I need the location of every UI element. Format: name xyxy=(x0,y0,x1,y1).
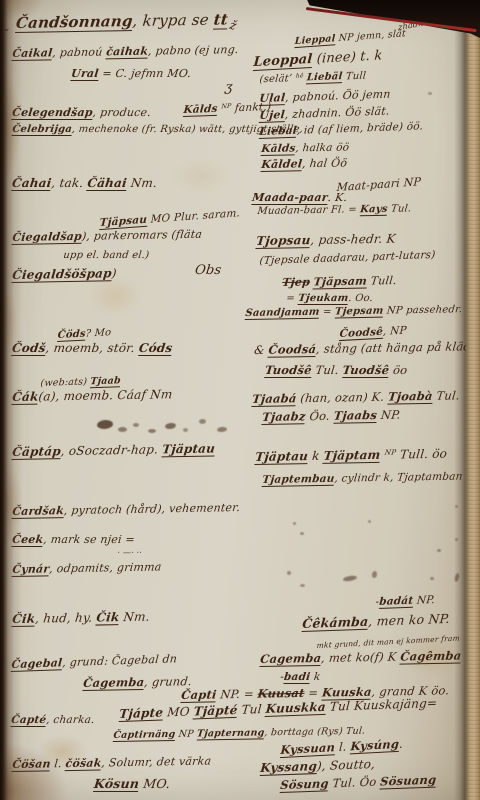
gloss-text: , pass-hedr. K xyxy=(310,232,397,248)
gloss-text: l. xyxy=(335,739,351,754)
gloss-text: ž xyxy=(228,18,239,33)
headword-text: Tjaabz xyxy=(261,409,306,425)
entry-line: Kālds, halka öö xyxy=(261,141,350,155)
headword-text: Čelegendšap xyxy=(11,106,93,120)
entry-line: Leoppal (inee) t. k xyxy=(253,48,383,70)
stray-glyph: ž xyxy=(228,18,239,33)
headword-text: čaihak xyxy=(105,45,148,60)
gloss-text: upp el. band el.) xyxy=(63,250,150,261)
headword-text: Tjaptembau xyxy=(262,473,336,487)
entry-line: Čêkámba, men ko NP. xyxy=(302,611,451,631)
entry-line: Čardšak, pyratoch (hård), vehementer. xyxy=(12,501,241,518)
ink-mark xyxy=(183,428,188,432)
headword-text: Liebäl xyxy=(306,71,343,84)
entry-line: Čeek, mark se njei = xyxy=(11,533,135,546)
entry-line: Čiegaldšap), parkeromars (fläta xyxy=(12,228,203,244)
entry-line: (selät’ hê Liebäl Tull xyxy=(259,70,367,85)
entry-line: Muadan-baar Fl. = Kays Tul. xyxy=(257,203,412,217)
gloss-text: öo xyxy=(388,363,408,377)
manuscript-photo: „Čandšonnang, krypa se ttžʒČaikal, pabno… xyxy=(0,0,480,800)
entry-line: Ulal, pabnoú. Öö jemn xyxy=(259,87,391,105)
gloss-text: , pyratoch (hård), vehementer. xyxy=(63,501,241,517)
gloss-text: NP xyxy=(175,729,198,740)
entry-line: Tjaabz Öo. Tjaabs NP. xyxy=(262,408,402,424)
entry-line: Maat-paari NP xyxy=(336,175,421,194)
gloss-text: , produce. xyxy=(92,106,152,119)
gloss-text: Tul. Öo xyxy=(328,775,381,791)
gloss-text: Öo. xyxy=(305,409,335,424)
gloss-text: MO. xyxy=(138,776,171,791)
ink-mark xyxy=(97,419,114,429)
headword-text: Čähai xyxy=(86,176,127,191)
headword-text: Tjaabs xyxy=(333,408,378,424)
ink-mark xyxy=(300,532,304,535)
gloss-text: = xyxy=(319,306,335,317)
ink-mark xyxy=(148,429,156,433)
gloss-text: , pabnoú xyxy=(52,45,107,59)
gloss-text: , odpamits, grimma xyxy=(49,560,162,575)
entry-line: Tuodšê Tul. Tuodšê öo xyxy=(264,363,408,377)
gloss-text: Tull. xyxy=(366,274,397,288)
gloss-text: Tul Kuuskajäng= xyxy=(325,696,438,714)
entry-line: Čodš, moemb, stör. Códs xyxy=(11,341,173,355)
headword-text: Kyssuan xyxy=(280,740,336,758)
ink-mark xyxy=(199,419,206,424)
gloss-text: , moemb, stör. xyxy=(45,341,140,355)
entry-line: Čoodsê, NP xyxy=(339,324,407,340)
headword-text: Čiegaldšöšpap xyxy=(11,266,112,283)
entry-line: Čapté, charka. xyxy=(11,714,96,726)
headword-text: Kyssang xyxy=(260,759,318,776)
book-gutter-left xyxy=(0,0,22,800)
ink-mark xyxy=(300,584,305,587)
gloss-text: Nm. xyxy=(126,176,158,190)
headword-text: Kuuskka xyxy=(265,700,326,717)
entry-line: Tjopsau, pass-hedr. K xyxy=(256,232,397,248)
headword-text: Lieppal xyxy=(294,33,335,48)
gloss-text: , pabnoú. Öö jemn xyxy=(285,87,391,104)
headword-text: Kālds xyxy=(261,142,297,156)
gloss-text: (web:ats) xyxy=(40,376,91,389)
gloss-text: NP. = xyxy=(216,687,259,702)
gloss-text: = xyxy=(304,686,323,700)
entry-line: Cagemba, met ko(f) K Čagêmba Tul. xyxy=(260,648,480,666)
gloss-text: Tul. xyxy=(387,203,412,214)
gloss-text: , mark se njei = xyxy=(43,533,136,546)
gloss-text: , cylindr k, Tjaptamban xyxy=(334,470,467,484)
stray-glyph: ʒ xyxy=(224,80,233,95)
gloss-text: Kuusat xyxy=(257,686,305,701)
gloss-text: ) xyxy=(111,266,117,280)
headword-text: badi xyxy=(283,671,311,684)
entry-line: Tjep Tjäpsam Tull. xyxy=(282,274,398,289)
entry-line: Tjaptembau, cylindr k, Tjaptamban öo Tu xyxy=(262,470,480,486)
entry-line: Čelebrijga, mechenoke (fr. Ryska) wätt, … xyxy=(12,124,304,135)
ink-mark xyxy=(287,571,291,575)
gloss-text: Tull xyxy=(342,71,367,83)
entry-line: Čöds? Mo xyxy=(57,327,111,341)
ink-mark xyxy=(428,92,432,95)
entry-line: Čiegaldšöšpap) xyxy=(12,266,118,282)
entry-line: Ujel, zhadnin. Öö slät. xyxy=(259,104,390,122)
headword-text: Ural xyxy=(70,67,99,81)
headword-text: Tuodšê xyxy=(264,363,312,378)
gloss-text: , tak. xyxy=(51,176,89,190)
entry-line: Saandjamam = Tjepsam NP passehedr. xyxy=(245,304,463,319)
gloss-text: (inee) t. k xyxy=(312,48,383,67)
headword-text: Čapti xyxy=(180,687,217,703)
book-page-edges-right xyxy=(454,0,480,800)
headword-text: Códs xyxy=(138,341,173,356)
gloss-text: NP jemn, slät xyxy=(335,28,406,44)
ink-mark xyxy=(437,549,441,552)
gloss-text: Maat-paari NP xyxy=(336,175,421,194)
gloss-text: , Solumr, det värka xyxy=(101,755,212,770)
headword-text: Čêkámba xyxy=(302,614,370,632)
entry-line: Kālds NP fankt,) xyxy=(183,101,272,116)
entry-line: Čahai, tak. Čähai Nm. xyxy=(11,176,158,190)
headword-text: Sösung xyxy=(280,776,330,793)
stray-glyph: · —· ·· xyxy=(117,548,143,557)
headword-text: Tjoabà xyxy=(387,389,433,405)
gloss-text: (selät’ xyxy=(259,73,296,85)
gloss-text: k xyxy=(310,671,322,683)
headword-text: badát xyxy=(379,595,414,609)
interlinear-note: mkt grund, dit man ej kommer fram xyxy=(316,633,460,650)
gloss-text: , met ko(f) K xyxy=(321,650,402,665)
gloss-text: Muadan-baar Fl. = xyxy=(257,204,361,217)
gloss-text: . Oo. xyxy=(348,293,374,304)
gloss-text: Tull. öo xyxy=(395,447,448,462)
headword-text: Tjapternang xyxy=(196,727,265,740)
ink-mark xyxy=(430,577,434,580)
headword-text: Čik xyxy=(96,610,121,625)
gloss-text: , mechenoke (fr. Ryska) wätt, gyttjigt s… xyxy=(71,124,303,135)
gloss-text: · —· ·· xyxy=(117,548,143,557)
entry-line: Maada-paar. K. xyxy=(251,191,348,204)
headword-text: Tjepsam xyxy=(334,306,384,319)
gloss-text: Obs xyxy=(194,263,222,278)
entry-line: & Čoodsá, stång (att hänga på klädes) xyxy=(254,339,480,357)
entry-line: Kyssang), Soutto, xyxy=(260,757,376,775)
headword-text: Tjaab xyxy=(90,375,122,388)
entry-line: Čynár, odpamits, grimma xyxy=(12,560,163,576)
gloss-text: NP. xyxy=(376,408,401,422)
gloss-text: , grund: Čagebal dn xyxy=(62,652,178,669)
headword-text: Kāldel xyxy=(261,157,303,172)
headword-text: Kālds xyxy=(183,103,218,117)
headword-text: Tjopsau xyxy=(255,233,311,249)
entry-line: Kāldel, hal Öö xyxy=(261,157,348,172)
gloss-text: , hal Öö xyxy=(302,157,348,171)
ink-mark xyxy=(293,522,296,525)
gloss-text: (han, ozan) K. xyxy=(296,390,389,406)
gloss-text: Tul xyxy=(237,702,266,717)
entry-line: -badi k xyxy=(280,671,322,683)
gloss-text: , zhadnin. Öö slät. xyxy=(284,104,390,121)
headword-text: Čagêmba xyxy=(400,648,463,664)
headword-text: Saandjamam xyxy=(245,307,320,320)
entry-line: (web:ats) Tjaab xyxy=(40,375,121,389)
headword-text: Tjaabá xyxy=(251,391,297,407)
gloss-text: , grund. xyxy=(144,674,193,689)
gloss-text: MO Plur. saram. xyxy=(147,207,241,226)
entry-line: Kösun MO. xyxy=(93,776,171,791)
gloss-text: . K. xyxy=(327,191,348,204)
headword-text: Leoppal xyxy=(253,52,313,71)
headword-text: Tjäpté xyxy=(193,703,238,720)
ink-mark xyxy=(165,422,177,429)
headword-text: Čoodsá xyxy=(268,342,317,358)
gloss-text: mkt grund, dit man ej kommer fram xyxy=(316,633,460,650)
headword-text: Tjäpsam xyxy=(313,275,368,290)
headword-text: tt xyxy=(213,10,229,29)
gloss-text: = C. jefmn MO. xyxy=(98,67,192,80)
entry-headword: Čandšonnang, krypa se tt xyxy=(15,10,229,32)
headword-text: Tjeukam xyxy=(297,293,349,305)
headword-text: Kays xyxy=(359,204,388,217)
gloss-text: fankt,) xyxy=(231,101,272,114)
ink-mark xyxy=(368,520,371,523)
gloss-text: , halka öö xyxy=(295,141,350,154)
entry-line: Tjäptau k Tjäptam NP Tull. öo xyxy=(255,447,448,464)
entry-line: Lieppal NP jemn, slät xyxy=(294,28,406,47)
gloss-text: NP. xyxy=(413,594,436,607)
headword-text: Tjäptau xyxy=(254,449,308,465)
headword-text: Tjäptau xyxy=(161,441,215,457)
entry-line: Čák(a), moemb. Cáaf Nm xyxy=(12,387,174,404)
headword-text: Čandšonnang xyxy=(15,12,134,33)
gloss-text: Nm. xyxy=(119,610,151,625)
headword-text: Cagemba xyxy=(259,651,322,667)
entry-line: Čöšan l. čöšak, Solumr, det värka xyxy=(12,755,212,771)
entry-line: Čäptáp, oSoczadr-hap. Tjäptau xyxy=(12,441,216,459)
entry-line: Čaptirnäng NP Tjapternang, borttaga (Rys… xyxy=(113,726,366,741)
gloss-text: , oSoczadr-hap. xyxy=(60,442,163,458)
gloss-text: , borttaga (Rys) Tul. xyxy=(264,726,366,739)
entry-line: Kyssuan l. Kysúng. xyxy=(280,737,403,757)
headword-text: Tuodšê xyxy=(342,363,390,378)
gloss-text: ), Soutto, xyxy=(316,757,375,773)
gloss-text: ʒ xyxy=(224,80,233,95)
gloss-text: ? Mo xyxy=(85,327,111,339)
headword-text: Kösun xyxy=(93,776,140,792)
gloss-text: ), parkeromars (fläta xyxy=(81,228,203,243)
headword-text: čöšak xyxy=(65,756,102,771)
entry-line: Ural = C. jefmn MO. xyxy=(70,67,191,80)
ink-mark xyxy=(133,423,139,427)
headword-text: Čiegaldšap xyxy=(12,230,83,245)
ink-mark xyxy=(371,571,377,579)
gloss-text: (a), moemb. Cáaf Nm xyxy=(38,387,173,403)
entry-line: = Tjeukam. Oo. xyxy=(286,293,374,304)
headword-text: Čoodsê xyxy=(339,326,383,341)
headword-text: Kysúng xyxy=(350,737,400,755)
headword-text: Čaptirnäng xyxy=(113,729,176,742)
entry-line: (Tjepsale daadarau, part-lutars) xyxy=(259,249,436,267)
entry-line: Čik, hud, hy. Čik Nm. xyxy=(12,610,151,626)
gloss-text: , krypa se xyxy=(132,11,215,30)
gloss-text: Tul. xyxy=(311,363,344,377)
gloss-text: , hud, hy. xyxy=(35,611,98,626)
entry-line: upp el. band el.) xyxy=(63,250,150,261)
headword-text: Tjápte xyxy=(119,705,164,722)
headword-text: Tjäpsau xyxy=(99,214,147,230)
headword-text: Sösuang xyxy=(380,773,437,790)
gloss-text: . xyxy=(399,737,404,751)
entry-line: Tjäpsau MO Plur. saram. xyxy=(99,207,240,229)
entry-line: Tjaabá (han, ozan) K. Tjoabà Tul. xyxy=(252,388,461,406)
entry-line: Čagemba, grund. xyxy=(83,674,193,690)
gloss-text: NP passehedr. xyxy=(383,304,463,316)
entry-line: Sösung Tul. Öo Sösuang xyxy=(280,773,437,792)
entry-line: Čaikal, pabnoú čaihak, pabno (ej ung. xyxy=(12,43,240,60)
headword-text: Čagemba xyxy=(82,675,145,691)
gloss-text: , pabno (ej ung. xyxy=(148,43,240,58)
gloss-text: , charka. xyxy=(46,714,96,726)
headword-text: Maada-paar xyxy=(251,191,328,205)
entry-line: Čagebal, grund: Čagebal dn xyxy=(11,652,178,671)
gloss-text: , id (af liem, bräde) öö. xyxy=(296,120,423,136)
headword-text: Tjäptam xyxy=(323,448,381,464)
gloss-text: , men ko NP. xyxy=(368,611,451,629)
entry-line: Čelegendšap, produce. xyxy=(11,106,151,119)
ink-mark xyxy=(343,575,358,582)
gloss-text: MO xyxy=(163,704,195,719)
gloss-text: Tjep xyxy=(282,276,311,290)
gloss-text: , NP xyxy=(383,324,408,337)
ink-mark xyxy=(118,427,127,432)
gloss-text: (Tjepsale daadarau, part-lutars) xyxy=(259,249,436,267)
manuscript-page: „Čandšonnang, krypa se ttžʒČaikal, pabno… xyxy=(0,0,480,800)
ink-mark xyxy=(217,427,227,433)
marginal-note: Obs xyxy=(194,263,222,278)
entry-line: -badát NP. xyxy=(375,594,436,608)
